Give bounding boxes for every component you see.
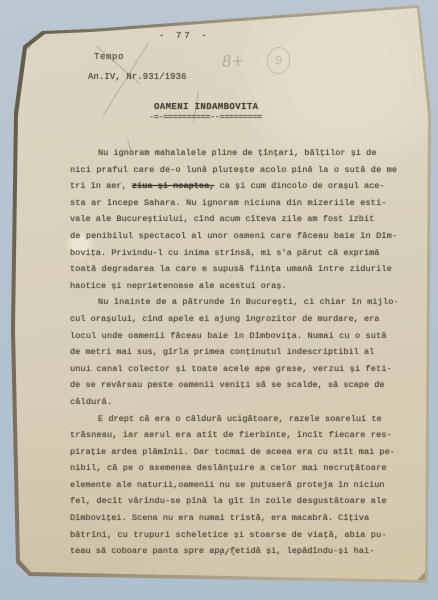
- typed-line: căldură.: [70, 394, 406, 411]
- typed-line: E drept că era o căldură ucigătoare, raz…: [70, 411, 406, 428]
- typed-line: elemente ale naturii,oamenii nu se putus…: [70, 477, 406, 494]
- typed-line: nibil, că pe o asemenea deslănțuire a ce…: [70, 460, 406, 477]
- typed-line: haotice și neprietenoase ale acestui ora…: [70, 278, 406, 295]
- typed-line: bătrîni, cu trupuri scheletice și stoars…: [70, 527, 406, 544]
- scanned-document-scene: - 77 - Tempo An.IV, Nr.931/1936 8+ 9 OAM…: [0, 0, 438, 600]
- typed-line: locul unde oamenii făceau baie în Dîmbov…: [70, 328, 406, 345]
- typed-line: vale ale Bucureștiului, cînd acum cîteva…: [70, 211, 406, 228]
- title-underline: -=-==========--=========: [149, 112, 262, 122]
- page-number: - 77 -: [159, 31, 210, 41]
- typed-line: cul orașului, cînd apele ei ajung îngroz…: [70, 311, 406, 328]
- typed-line: Dîmboviței. Scena nu era numai tristă, e…: [70, 510, 406, 527]
- typed-body: Nu ignoram mahalalele pline de țînțari, …: [70, 145, 406, 560]
- typed-line: trăsneau, iar aerul era atît de fierbint…: [70, 427, 406, 444]
- typed-line: teau să coboare panta spre apa fetidă și…: [70, 543, 406, 560]
- typed-line: fel, decît vărîndu-se pînă la gît în zoi…: [70, 493, 406, 510]
- typed-line: de se revărsau peste oamenii veniți să s…: [70, 377, 406, 394]
- typed-line: de penibilul spectacol al unor oameni ca…: [70, 228, 406, 245]
- typed-line: toată degradarea la care e supusă ființa…: [70, 261, 406, 278]
- typed-line: Nu ignoram mahalalele pline de țînțari, …: [70, 145, 406, 162]
- pencil-circled-number: 9: [265, 46, 292, 76]
- continuation-mark: ./.: [218, 548, 237, 558]
- article-title: OAMENI INDAMBOVITA: [154, 102, 258, 112]
- typed-line: de metri mai sus, gîrla primea conținutu…: [70, 344, 406, 361]
- typed-line: Nu înainte de a pătrunde în București, c…: [70, 294, 406, 311]
- pencil-grade-annotation: 8+: [221, 51, 244, 70]
- typed-line: nici praful care de-o lună plutește acol…: [70, 162, 406, 179]
- typed-line: pirație ardea plămînii. Dar tocmai de ac…: [70, 444, 406, 461]
- typed-line: tri în aer, ziua și noaptea, ca și cum d…: [70, 178, 406, 195]
- typed-line: bovița. Privindu-l cu inima strînsă, mi …: [70, 245, 406, 262]
- typed-line: sta ar începe Sahara. Nu ignoram niciuna…: [70, 195, 406, 212]
- typewritten-page: - 77 - Tempo An.IV, Nr.931/1936 8+ 9 OAM…: [0, 0, 438, 600]
- struck-text: ziua și noaptea,: [132, 181, 215, 191]
- typed-line: unui canal colector și toate acele ape g…: [70, 361, 406, 378]
